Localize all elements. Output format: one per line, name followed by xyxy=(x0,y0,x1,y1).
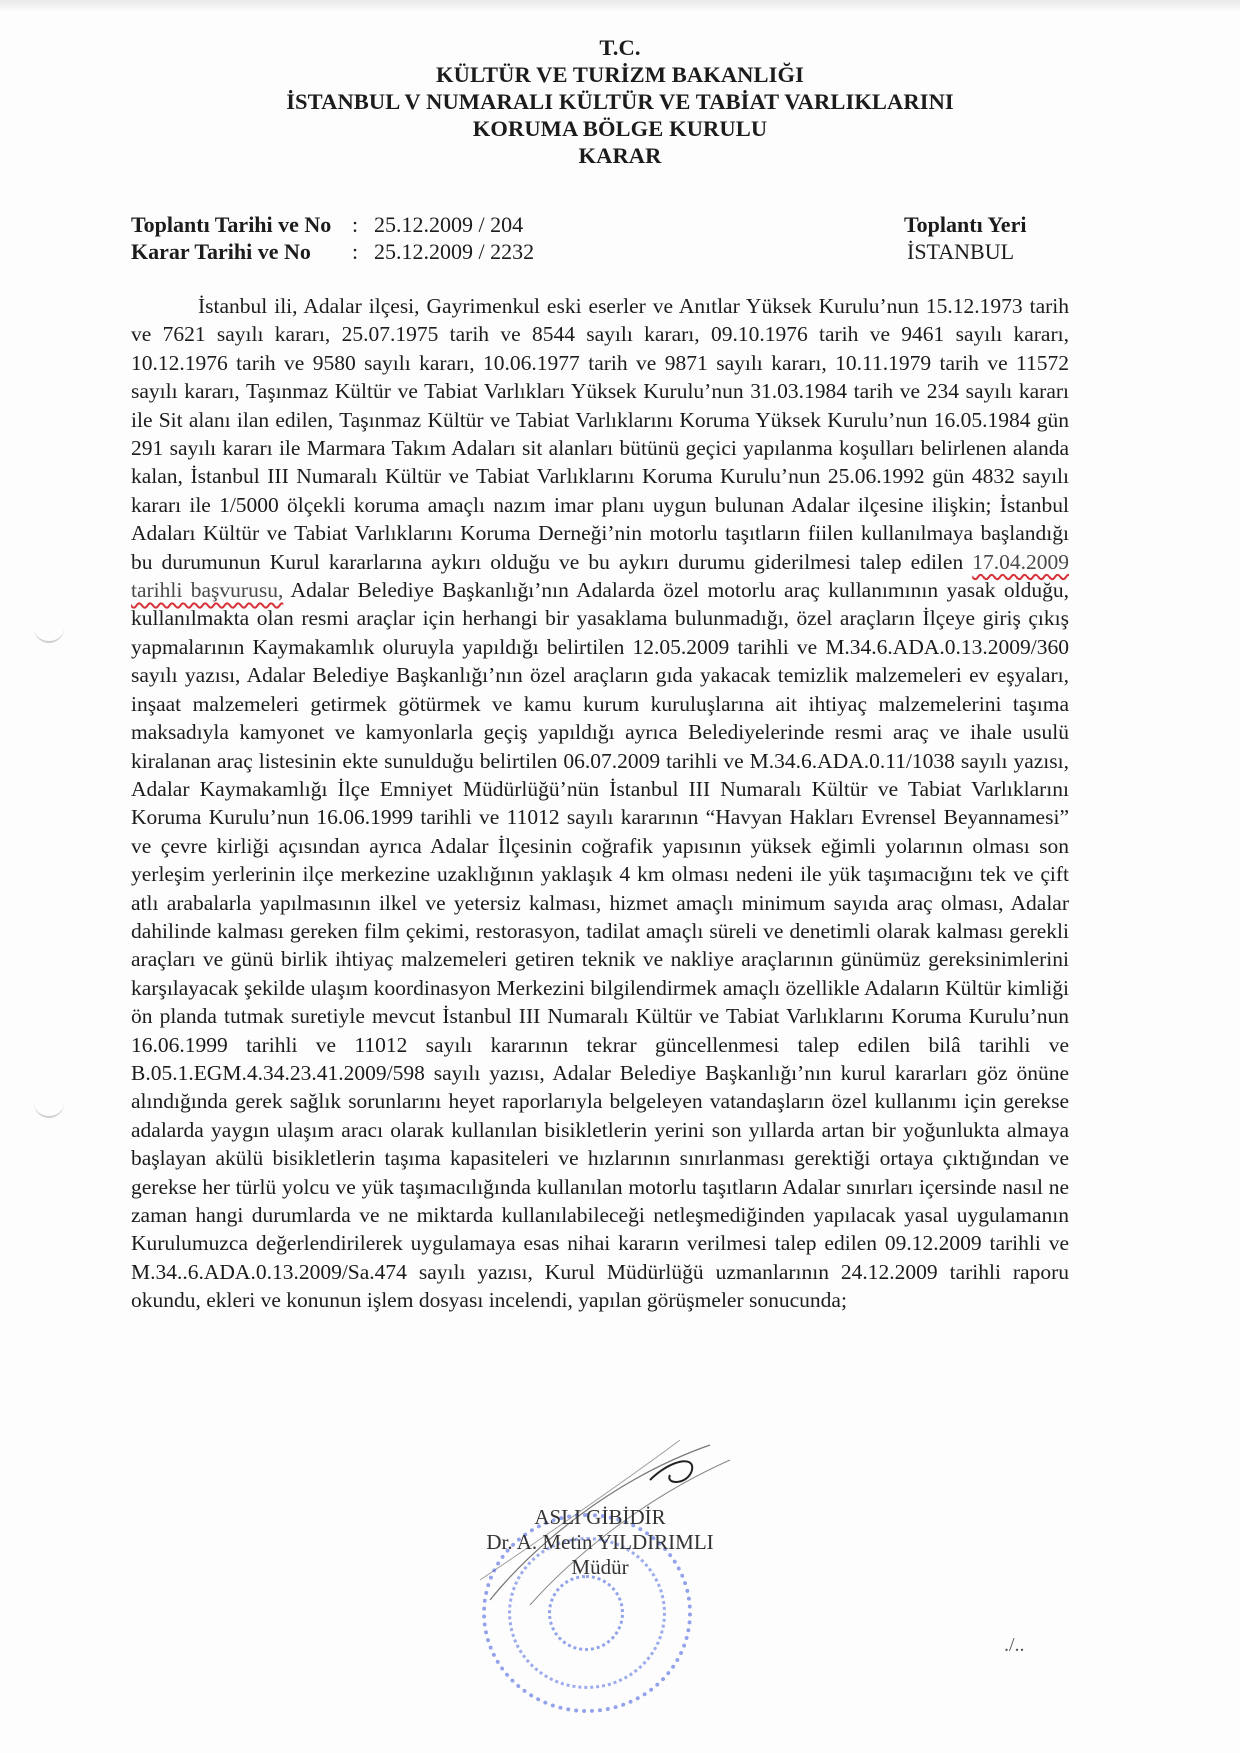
punch-hole-mark xyxy=(34,1100,64,1118)
meeting-date-value: 25.12.2009 / 204 xyxy=(374,211,523,238)
document-header: T.C. KÜLTÜR VE TURİZM BAKANLIĞI İSTANBUL… xyxy=(0,34,1240,169)
meeting-date-label: Toplantı Tarihi ve No xyxy=(131,211,352,238)
header-ministry: KÜLTÜR VE TURİZM BAKANLIĞI xyxy=(0,61,1240,88)
body-paragraph: İstanbul ili, Adalar ilçesi, Gayrimenkul… xyxy=(131,292,1069,1315)
signatory-title: Müdür xyxy=(440,1555,760,1580)
meeting-place-label: Toplantı Yeri xyxy=(904,211,1026,238)
page-continuation-mark: ./.. xyxy=(1004,1634,1025,1657)
decision-date-label: Karar Tarihi ve No xyxy=(131,238,352,265)
body-text-part2: Adalar Belediye Başkanlığı’nın Adalarda … xyxy=(131,578,1069,1312)
certification-text: ASLI GİBİDİR xyxy=(440,1505,760,1530)
meeting-place: Toplantı Yeri İSTANBUL xyxy=(904,211,1026,265)
header-board-line1: İSTANBUL V NUMARALI KÜLTÜR VE TABİAT VAR… xyxy=(0,88,1240,115)
header-tc: T.C. xyxy=(0,34,1240,61)
document-page: T.C. KÜLTÜR VE TURİZM BAKANLIĞI İSTANBUL… xyxy=(0,0,1240,1753)
colon: : xyxy=(352,211,374,238)
header-board-line2: KORUMA BÖLGE KURULU xyxy=(0,115,1240,142)
signature-block: ASLI GİBİDİR Dr. A. Metin YILDIRIMLI Müd… xyxy=(440,1505,760,1580)
meeting-place-value: İSTANBUL xyxy=(904,238,1026,265)
decision-date-value: 25.12.2009 / 2232 xyxy=(374,238,534,265)
scan-edge-shadow xyxy=(0,0,1240,12)
body-text-part1: İstanbul ili, Adalar ilçesi, Gayrimenkul… xyxy=(131,294,1069,574)
header-document-type: KARAR xyxy=(0,142,1240,169)
meeting-info: Toplantı Tarihi ve No : 25.12.2009 / 204… xyxy=(131,211,534,265)
meeting-date-row: Toplantı Tarihi ve No : 25.12.2009 / 204 xyxy=(131,211,534,238)
colon: : xyxy=(352,238,374,265)
signatory-name: Dr. A. Metin YILDIRIMLI xyxy=(440,1530,760,1555)
decision-body: İstanbul ili, Adalar ilçesi, Gayrimenkul… xyxy=(131,292,1069,1315)
decision-date-row: Karar Tarihi ve No : 25.12.2009 / 2232 xyxy=(131,238,534,265)
punch-hole-mark xyxy=(34,625,64,643)
